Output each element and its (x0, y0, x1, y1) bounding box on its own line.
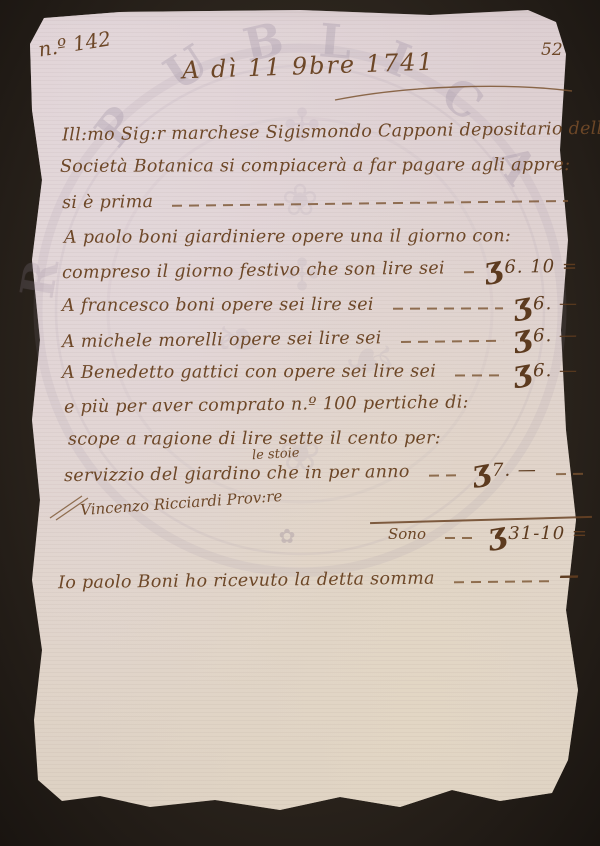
entry-line: A Benedetto gattici con opere sei lire s… (62, 360, 578, 383)
entry-text: A francesco boni opere sei lire sei (62, 295, 374, 316)
dashed-leader (448, 374, 503, 376)
entry-text: servizzio del giardino che in per anno (64, 462, 410, 486)
entry-amount: 6. — (533, 293, 578, 314)
total-label: Sono (388, 525, 426, 543)
dashed-leader (447, 580, 549, 583)
entry-line: A francesco boni opere sei lire sei ʒ 6.… (62, 293, 578, 316)
entry-text: A michele morelli opere sei lire sei (62, 328, 382, 352)
dashed-leader (386, 307, 503, 309)
entry-line: A paolo boni giardiniere opere una il gi… (64, 226, 511, 248)
total-amount: 31-10 = (508, 523, 588, 544)
lira-symbol: ʒ (488, 534, 505, 537)
lira-symbol: ʒ (513, 336, 530, 339)
lira-symbol: ʒ (513, 304, 530, 307)
receipt-closing-dash: — (559, 563, 580, 587)
entry-text: A Benedetto gattici con opere sei lire s… (62, 362, 436, 383)
lira-symbol: ʒ (472, 470, 489, 473)
lira-symbol: ʒ (513, 371, 530, 374)
dashed-leader (549, 473, 589, 475)
entry-line: scope a ragione di lire sette il cento p… (68, 428, 441, 449)
dashed-leader (457, 271, 474, 273)
dashed-leader (422, 474, 462, 476)
dashed-leader (438, 537, 478, 539)
entry-amount: 7. — (492, 459, 537, 481)
header-line-text: si è prima (62, 192, 154, 213)
interlinear-insertion: le stoie (252, 446, 300, 463)
scanned-document: P U B L I C A R ✣ ❀ ✣ ❧ ☙ ❀ ✿ n.º 142 A … (0, 0, 600, 846)
page-number: 52 (541, 40, 563, 60)
entry-amount: 6. — (533, 325, 578, 347)
total-line: Sono ʒ 31-10 = (388, 523, 588, 544)
entry-amount: 6. 10 = (504, 256, 578, 278)
dashed-leader (394, 340, 503, 343)
dashed-leader (165, 200, 568, 207)
header-line: Società Botanica si compiacerà a far pag… (60, 155, 570, 177)
entry-amount: 6. — (533, 360, 578, 381)
lira-symbol: ʒ (484, 267, 501, 270)
